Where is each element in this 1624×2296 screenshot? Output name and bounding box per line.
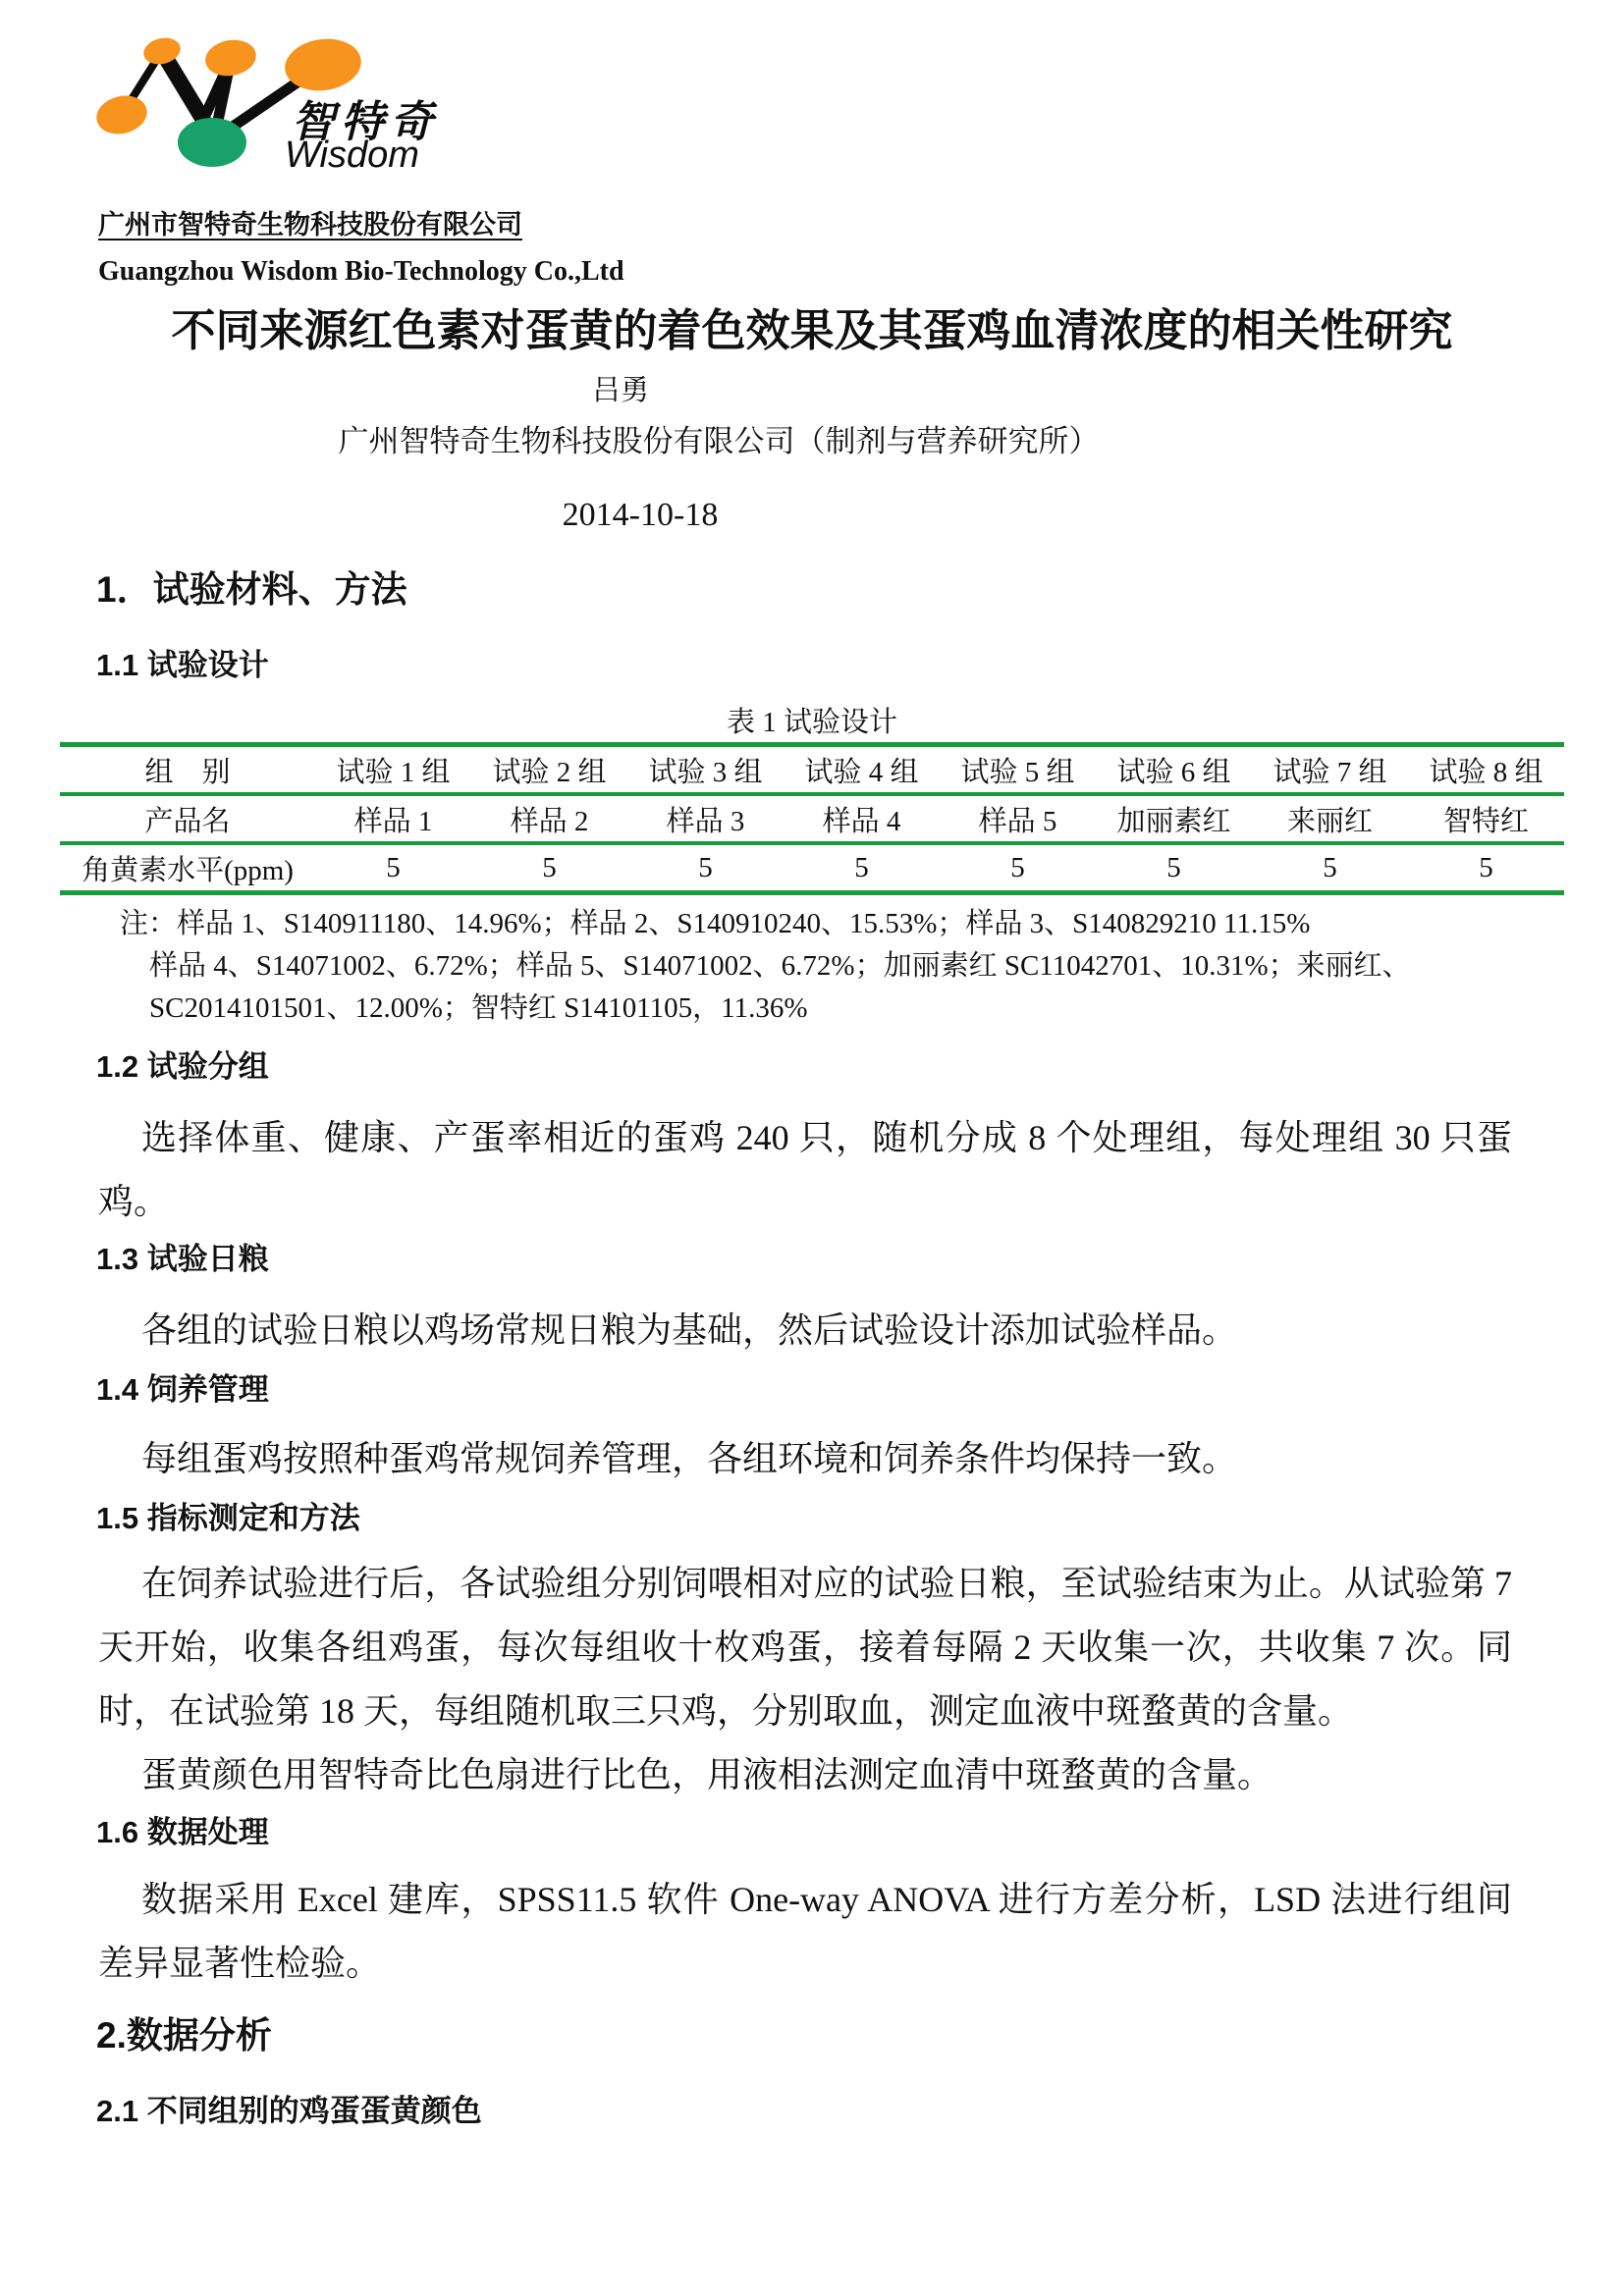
table-cell: 试验 8 组: [1408, 745, 1564, 795]
section-1-3-body: 各组的试验日粮以鸡场常规日粮为基础，然后试验设计添加试验样品。: [98, 1299, 1512, 1362]
section-2-heading: 2.数据分析: [96, 2011, 1624, 2060]
section-2-1-heading: 2.1 不同组别的鸡蛋蛋黄颜色: [96, 2090, 1624, 2133]
company-name-en: Guangzhou Wisdom Bio-Technology Co.,Ltd: [98, 255, 1624, 289]
table-cell: 5: [627, 843, 784, 893]
table-cell: 角黄素水平(ppm): [60, 843, 315, 893]
section-1-2-body: 选择体重、健康、产蛋率相近的蛋鸡 240 只，随机分成 8 个处理组，每处理组 …: [98, 1106, 1512, 1234]
logo-wordmark-en: Wisdom: [285, 134, 419, 173]
table-cell: 5: [471, 843, 627, 893]
section-1-3-heading: 1.3 试验日粮: [96, 1238, 1624, 1281]
section-1-6-heading: 1.6 数据处理: [96, 1811, 1624, 1854]
table-cell: 样品 3: [627, 794, 784, 843]
document-page: 智特奇 Wisdom 广州市智特奇生物科技股份有限公司 Guangzhou Wi…: [0, 0, 1624, 2296]
table-cell: 试验 1 组: [315, 745, 471, 795]
logo-dot-orange: [92, 90, 151, 138]
section-1-2-heading: 1.2 试验分组: [96, 1045, 1624, 1089]
table-row-group: 组 别 试验 1 组 试验 2 组 试验 3 组 试验 4 组 试验 5 组 试…: [60, 745, 1564, 795]
section-1-4-heading: 1.4 饲养管理: [96, 1368, 1624, 1412]
table-cell: 5: [315, 843, 471, 893]
section-1-5-paragraph-1: 在饲养试验进行后，各试验组分别饲喂相对应的试验日粮，至试验结束为止。从试验第 7…: [98, 1552, 1512, 1743]
section-1-6-body: 数据采用 Excel 建库，SPSS11.5 软件 One-way ANOVA …: [98, 1868, 1512, 1996]
table-cell: 5: [1096, 843, 1252, 893]
logo-dot-green: [178, 118, 246, 167]
section-1-heading: 1．试验材料、方法: [96, 565, 1624, 614]
table-note-line: SC2014101501、12.00%；智特红 S14101105，11.36%: [120, 988, 1624, 1030]
section-1-5-paragraph-2: 蛋黄颜色用智特奇比色扇进行比色，用液相法测定血清中斑蝥黄的含量。: [98, 1743, 1512, 1807]
logo-dot-orange: [202, 36, 258, 80]
section-1-4-body: 每组蛋鸡按照种蛋鸡常规饲养管理，各组环境和饲养条件均保持一致。: [98, 1427, 1512, 1491]
table-cell: 来丽红: [1252, 794, 1408, 843]
wisdom-logo-graphic: 智特奇 Wisdom: [56, 14, 468, 173]
document-title: 不同来源红色素对蛋黄的着色效果及其蛋鸡血清浓度的相关性研究: [0, 304, 1624, 357]
table-cell: 试验 7 组: [1252, 745, 1408, 795]
table-cell: 试验 4 组: [784, 745, 940, 795]
table-cell: 试验 6 组: [1096, 745, 1252, 795]
table-cell: 智特红: [1408, 794, 1564, 843]
author-affiliation: 广州智特奇生物科技股份有限公司（制剂与营养研究所）: [0, 420, 1531, 463]
table-cell: 5: [1252, 843, 1408, 893]
author-name: 吕勇: [0, 371, 1433, 410]
company-name-cn: 广州市智特奇生物科技股份有限公司: [98, 208, 1624, 241]
table-note-line: 样品 4、S14071002、6.72%；样品 5、S14071002、6.72…: [120, 945, 1624, 988]
table-cell: 样品 5: [940, 794, 1096, 843]
table-row-canthaxanthin-level: 角黄素水平(ppm) 5 5 5 5 5 5 5 5: [60, 843, 1564, 893]
section-1-1-heading: 1.1 试验设计: [96, 644, 1624, 687]
table-cell: 样品 2: [471, 794, 627, 843]
design-table: 组 别 试验 1 组 试验 2 组 试验 3 组 试验 4 组 试验 5 组 试…: [60, 742, 1564, 895]
table-cell: 产品名: [60, 794, 315, 843]
document-date: 2014-10-18: [0, 493, 1452, 538]
company-logo: 智特奇 Wisdom: [56, 14, 468, 173]
table-cell: 样品 1: [315, 794, 471, 843]
table-cell: 组 别: [60, 745, 315, 795]
table-row-product: 产品名 样品 1 样品 2 样品 3 样品 4 样品 5 加丽素红 来丽红 智特…: [60, 794, 1564, 843]
table-cell: 加丽素红: [1096, 794, 1252, 843]
table-cell: 5: [784, 843, 940, 893]
table-notes: 注：样品 1、S140911180、14.96%；样品 2、S140910240…: [120, 903, 1624, 1030]
table-note-line: 注：样品 1、S140911180、14.96%；样品 2、S140910240…: [120, 903, 1624, 945]
table-cell: 样品 4: [784, 794, 940, 843]
table-cell: 试验 2 组: [471, 745, 627, 795]
table-1-caption: 表 1 试验设计: [0, 705, 1624, 740]
table-cell: 5: [1408, 843, 1564, 893]
table-cell: 5: [940, 843, 1096, 893]
section-1-5-heading: 1.5 指标测定和方法: [96, 1497, 1624, 1540]
table-cell: 试验 3 组: [627, 745, 784, 795]
table-cell: 试验 5 组: [940, 745, 1096, 795]
